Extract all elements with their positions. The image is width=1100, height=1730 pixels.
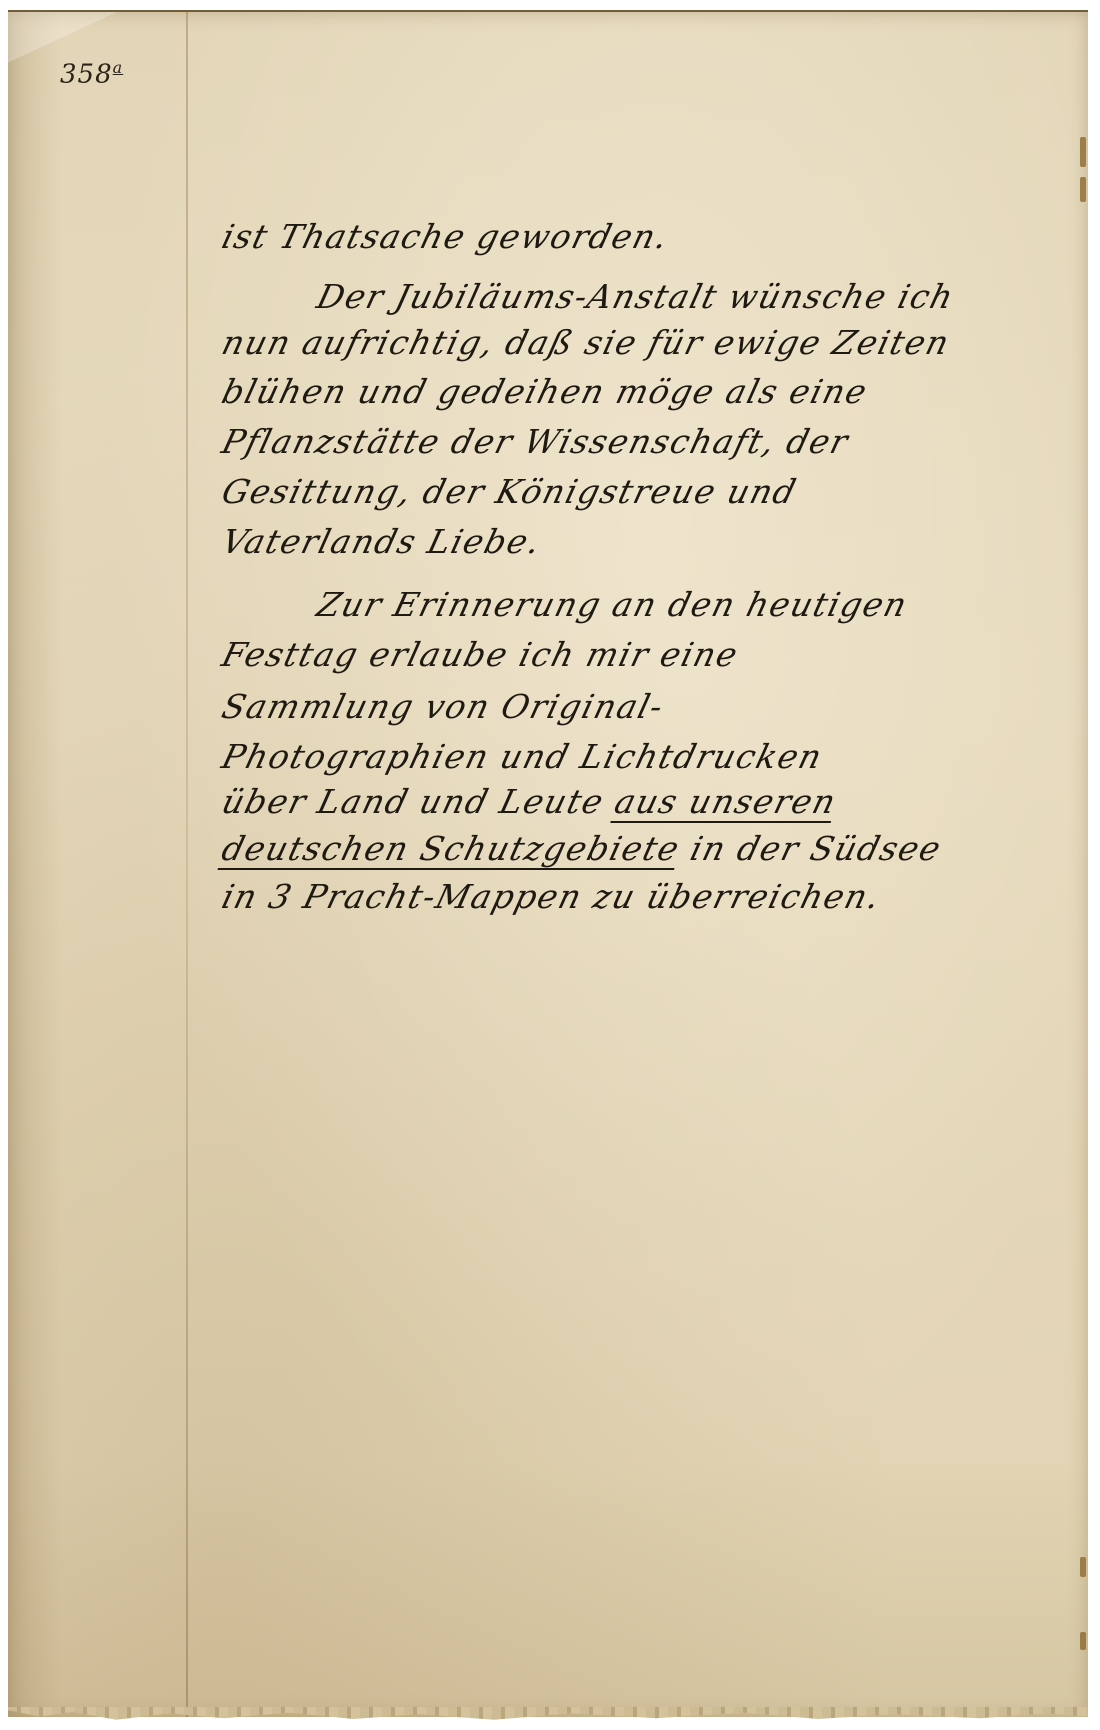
edge-stain: [1080, 137, 1086, 167]
edge-stain: [1080, 1632, 1086, 1650]
document-page: 358a ist Thatsache geworden. Der Jubiläu…: [8, 10, 1088, 1717]
text-line: in 3 Pracht-Mappen zu überreichen.: [218, 877, 885, 916]
underlined-text: aus unseren: [611, 782, 841, 821]
text-line: Gesittung, der Königstreue und: [218, 472, 801, 511]
underlined-text: deutschen Schutzgebiete: [218, 829, 684, 868]
text-line: Pflanzstätte der Wissenschaft, der: [218, 422, 853, 461]
text-line: deutschen Schutzgebiete in der Südsee: [218, 829, 946, 868]
edge-stain: [1080, 1557, 1086, 1577]
text-segment: über Land und Leute: [218, 782, 620, 821]
text-line: Sammlung von Original-: [218, 687, 668, 726]
text-line: Festtag erlaube ich mir eine: [218, 635, 743, 674]
page-number: 358a: [60, 58, 123, 90]
text-line: Photographien und Lichtdrucken: [218, 737, 827, 776]
text-line: blühen und gedeihen möge als eine: [218, 372, 872, 411]
binding-margin: [8, 12, 186, 1717]
text-line: Vaterlands Liebe.: [218, 522, 545, 561]
text-segment: in der Südsee: [675, 829, 946, 868]
text-line: ist Thatsache geworden.: [218, 217, 673, 256]
text-line: Der Jubiläums-Anstalt wünsche ich: [313, 277, 958, 316]
text-line: nun aufrichtig, daß sie für ewige Zeiten: [218, 323, 954, 362]
edge-stain: [1080, 177, 1086, 202]
text-line: Zur Erinnerung an den heutigen: [313, 585, 912, 624]
text-line: über Land und Leute aus unseren: [218, 782, 841, 821]
fold-line: [186, 12, 188, 1717]
